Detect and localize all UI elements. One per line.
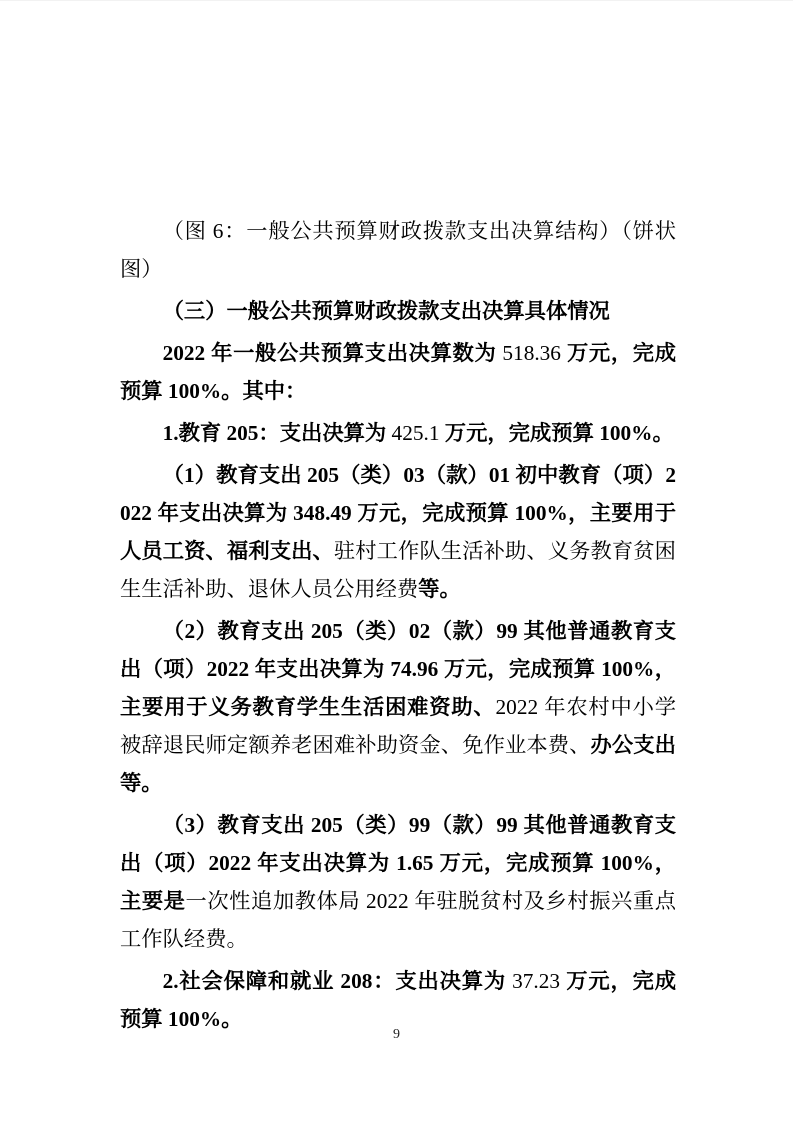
text-run: 1.教育 205：支出决算为	[163, 421, 392, 445]
section-heading: （三）一般公共预算财政拨款支出决算具体情况	[120, 292, 676, 330]
document-body: （图 6：一般公共预算财政拨款支出决算结构）（饼状图） （三）一般公共预算财政拨…	[120, 212, 676, 1042]
text-run: 2022 年一般公共预算支出决算数为	[163, 341, 503, 365]
text-run: （三）一般公共预算财政拨款支出决算具体情况	[163, 299, 610, 323]
amount-value: 425.1	[392, 421, 440, 445]
page-number: 9	[0, 1027, 793, 1043]
overview-paragraph: 2022 年一般公共预算支出决算数为 518.36 万元，完成预算 100%。其…	[120, 334, 676, 410]
document-page: （图 6：一般公共预算财政拨款支出决算结构）（饼状图） （三）一般公共预算财政拨…	[0, 0, 793, 1122]
text-run: 2.社会保障和就业 208：支出决算为	[163, 969, 513, 993]
amount-value: 518.36	[502, 341, 561, 365]
education-item-1-paragraph: （1）教育支出 205（类）03（款）01 初中教育（项）2022 年支出决算为…	[120, 456, 676, 608]
text-run: （图 6：一般公共预算财政拨款支出决算结构）（饼状图）	[120, 219, 676, 281]
figure-caption: （图 6：一般公共预算财政拨款支出决算结构）（饼状图）	[120, 212, 676, 288]
text-run: 万元，完成预算 100%。	[439, 421, 673, 445]
education-item-2-paragraph: （2）教育支出 205（类）02（款）99 其他普通教育支出（项）2022 年支…	[120, 612, 676, 802]
text-run: 一次性追加教体局 2022 年驻脱贫村及乡村振兴重点工作队经费。	[120, 889, 676, 951]
amount-value: 37.23	[512, 969, 560, 993]
education-item-3-paragraph: （3）教育支出 205（类）99（款）99 其他普通教育支出（项）2022 年支…	[120, 806, 676, 958]
text-run: 等。	[418, 577, 461, 601]
education-total-paragraph: 1.教育 205：支出决算为 425.1 万元，完成预算 100%。	[120, 414, 676, 452]
